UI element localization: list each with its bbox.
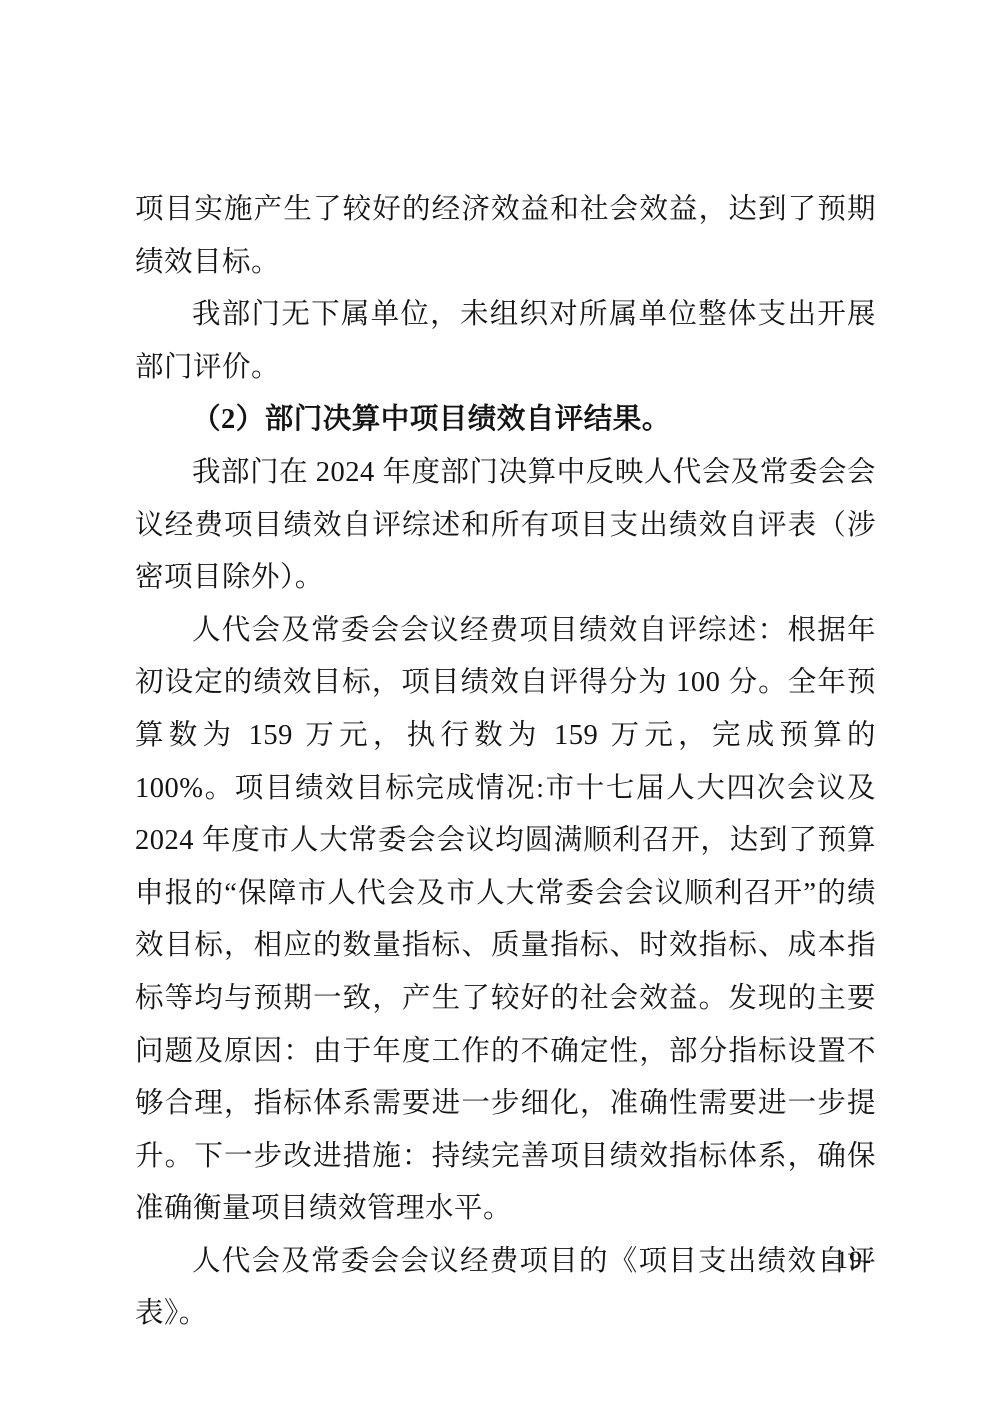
paragraph: 我部门无下属单位，未组织对所属单位整体支出开展部门评价。 xyxy=(135,289,876,394)
paragraph: 人代会及常委会会议经费项目的《项目支出绩效自评表》。 xyxy=(135,1236,876,1341)
section-heading: （2）部门决算中项目绩效自评结果。 xyxy=(135,394,876,447)
document-body: 项目实施产生了较好的经济效益和社会效益，达到了预期绩效目标。 我部门无下属单位，… xyxy=(135,184,876,1341)
document-page: 项目实施产生了较好的经济效益和社会效益，达到了预期绩效目标。 我部门无下属单位，… xyxy=(0,0,1000,1415)
paragraph-continuation: 项目实施产生了较好的经济效益和社会效益，达到了预期绩效目标。 xyxy=(135,184,876,289)
paragraph: 我部门在 2024 年度部门决算中反映人代会及常委会会议经费项目绩效自评综述和所… xyxy=(135,447,876,605)
page-number: -19- xyxy=(826,1247,872,1275)
paragraph: 人代会及常委会会议经费项目绩效自评综述：根据年初设定的绩效目标，项目绩效自评得分… xyxy=(135,605,876,1236)
